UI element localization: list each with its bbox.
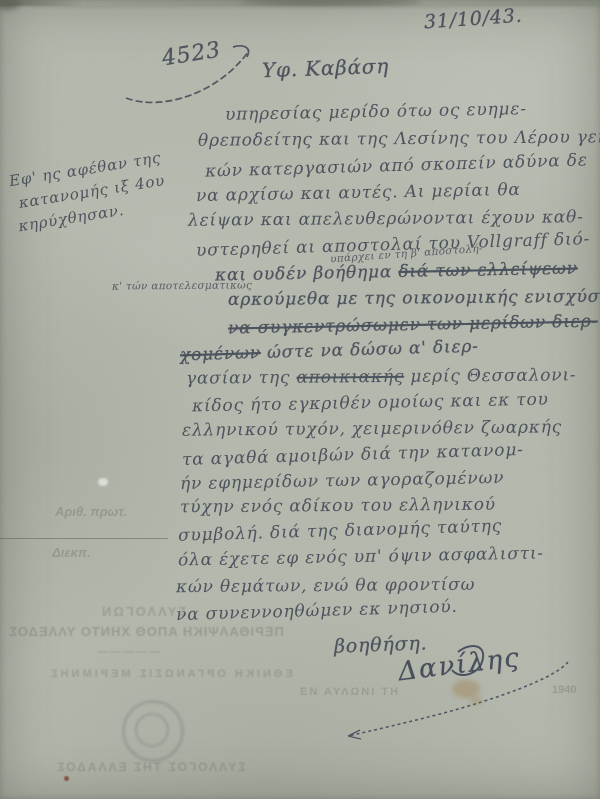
form-field-label: Διεκπ.: [52, 545, 91, 560]
form-field-label: Αριθ. πρωτ.: [55, 504, 127, 519]
body-line: χομένων ώστε να δώσω α' διερ-: [180, 339, 479, 365]
body-line: κών κατεργασιών από σκοπείν αδύνα δε: [205, 152, 588, 180]
margin-note: Εφ' ης αφέθαν της κατανομής ιξ 4ου κηρύχ…: [8, 150, 170, 234]
ink-stain: [470, 696, 482, 705]
strike-text: αποικιακής: [296, 367, 404, 388]
bleedthrough-text: ΣΥΛΛΟΓΟΣ ΤΗΣ ΕΛΛΑΔΟΣ: [55, 760, 245, 774]
corner-smudge: [0, 0, 20, 10]
strike-text: χομένων: [180, 343, 261, 365]
body-line: όλα έχετε εφ ενός υπ' όψιν ασφαλιστι-: [178, 545, 544, 569]
bleedthrough-text: ΠΕΡΙΘΑΛΨΙΚΗ ΑΠΟΘ ΧΗΝΤΟ ΥΛΛΕΔΟΣ: [8, 624, 284, 639]
body-line: γασίαν της αποικιακής μερίς Θεσσαλονι-: [186, 367, 577, 387]
body-line: συμβολή. διά της διανομής ταύτης: [178, 518, 503, 545]
body-line: τα αγαθά αμοιβών διά την κατανομ-: [182, 442, 524, 469]
bleedthrough-text: ΕΘΝΙΚΗ ΟΡΓΑΝΩΣΙΣ ΜΕΡΙΜΝΗΣ: [48, 668, 293, 680]
body-line: ελληνικού τυχόν, χειμερινόθεν ζωαρκής: [182, 419, 562, 439]
body-line: να συγκεντρώσωμεν των μερίδων διερ-: [228, 313, 598, 337]
body-line: να αρχίσω και αυτές. Αι μερίαι θα: [196, 182, 521, 205]
body-line-text: ώστε να δώσω α' διερ-: [261, 337, 479, 363]
paper-fleck: [98, 478, 108, 486]
body-line: αρκούμεθα με της οικονομικής ενισχύσεως …: [228, 288, 600, 309]
scanned-letter-page: 31/10/43. 4523 Υφ. Καβάση Εφ' ης αφέθαν …: [0, 0, 600, 799]
body-line: υπηρεσίας μερίδο ότω ος ευημε-: [225, 101, 527, 124]
place-date-line: ΕΝ ΑΥΛΩΝΙ ΤΗ: [300, 686, 400, 698]
closing: βοηθήση.: [334, 634, 428, 656]
body-line: κίδος ήτο εγκριθέν ομοίως και εκ του: [192, 392, 549, 416]
body-line: να συνεννοηθώμεν εκ νησιού.: [176, 599, 458, 624]
strike-text: να συγκεντρώσωμεν των μερίδων διερ-: [228, 311, 598, 338]
bleedthrough-text: ΣΥΛΛΟΓΩΝ: [100, 604, 186, 619]
body-line-text: γασίαν της: [186, 368, 297, 389]
strike-text: διά των ελλείψεων: [398, 259, 578, 282]
preprinted-year: 1940: [552, 684, 576, 696]
red-dot-mark: [64, 776, 69, 781]
stamp-seal: [122, 700, 184, 762]
body-line: και ουδέν βοήθημα διά των ελλείψεων: [215, 261, 578, 285]
body-line: θρεποδείτης και της Λεσίνης του Λέρου γε…: [198, 129, 600, 150]
protocol-number: 4523: [161, 40, 223, 71]
body-line: τύχην ενός αδίκου του ελληνικού: [180, 497, 496, 517]
salutation: Υφ. Καβάση: [262, 56, 390, 80]
stamp-seal-inner: [135, 713, 169, 747]
body-line: ήν εφημερίδων των αγοραζομένων: [180, 470, 505, 493]
bleedthrough-separator: —————: [95, 646, 160, 658]
form-rule: [0, 538, 168, 539]
letter-date: 31/10/43.: [423, 7, 523, 33]
body-line: λείψαν και απελευθερώνονται έχουν καθ-: [188, 209, 584, 229]
body-line: κών θεμάτων, ενώ θα φροντίσω: [176, 577, 475, 597]
body-line-text: μερίς Θεσσαλονι-: [404, 365, 576, 387]
